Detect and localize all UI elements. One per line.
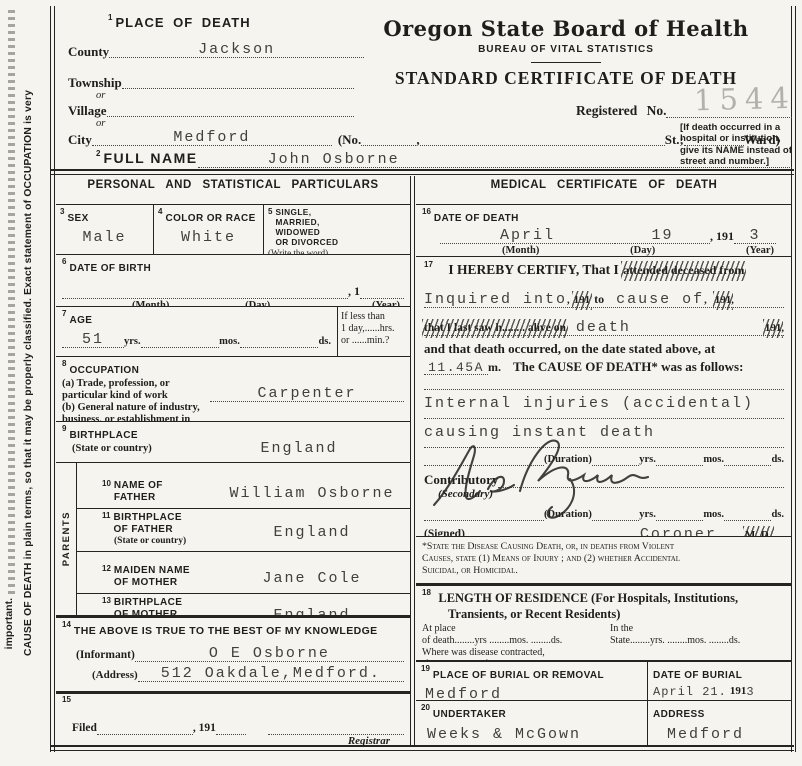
dod-year-field: 3: [734, 228, 776, 244]
marital-label: SINGLE, MARRIED, WIDOWED OR DIVORCED: [275, 208, 338, 248]
father-name-label: NAME OF FATHER: [114, 480, 163, 504]
dod-month-field: April: [440, 228, 615, 244]
informant-address-label: (Address): [92, 669, 138, 682]
city-value: Medford: [173, 130, 250, 145]
age-ds-field: [240, 347, 319, 348]
margin-note-cutoff-texture: [8, 6, 15, 594]
parents-tab: PARENTS: [56, 463, 77, 615]
signed-line: (Signed) Coroner M. D.: [424, 527, 784, 537]
informant-value: O E Osborne: [209, 646, 330, 661]
margin-note-end: important.: [3, 598, 15, 649]
dob-label: DATE OF BIRTH: [69, 263, 151, 274]
county-row: County Jackson: [68, 42, 364, 58]
burial-date-label: DATE OF BURIAL: [653, 670, 742, 681]
org-title: Oregon State Board of Health: [356, 16, 776, 41]
hospital-note: [If death occurred in a hospital or inst…: [680, 122, 792, 167]
race-label: COLOR OR RACE: [165, 213, 255, 224]
parents-label: PARENTS: [61, 511, 72, 566]
dod-day-caption: (Day): [630, 245, 655, 257]
signed-role-value: Coroner: [640, 527, 717, 537]
full-name-value: John Osborne: [268, 152, 400, 167]
marital-hint: (Write the word): [268, 248, 406, 255]
sex-race-marital-row: 3SEX Male 4COLOR OR RACE White 5SINGLE, …: [56, 205, 410, 255]
age-ds-label: ds.: [318, 336, 331, 348]
dob-year-field: [360, 298, 404, 299]
medical-certificate-column: MEDICAL CERTIFICATE OF DEATH 16DATE OF D…: [416, 176, 792, 745]
registrar-caption: Registrar: [62, 735, 404, 748]
informant-title: THE ABOVE IS TRUE TO THE BEST OF MY KNOW…: [74, 625, 378, 637]
sex-value: Male: [82, 230, 126, 245]
village-row: Village: [68, 104, 354, 117]
duration-label-1: (Duration): [544, 454, 592, 466]
full-name-label: FULL NAME: [103, 150, 197, 166]
undertaker-value: Weeks & McGown: [427, 726, 581, 743]
parents-group: PARENTS 10NAME OF FATHER William Osborne…: [56, 463, 410, 618]
certification-section: 17 I HEREBY CERTIFY, That I attended dec…: [416, 257, 792, 537]
certify-struck-year-3: 191: [765, 322, 782, 335]
certify-struck-attended: attended deceased from: [623, 264, 744, 278]
filed-label: Filed: [72, 722, 97, 735]
father-birthplace-row: 11BIRTHPLACE OF FATHER (State or country…: [76, 509, 410, 552]
certify-line-4: and that death occurred, on the date sta…: [424, 342, 784, 357]
house-number-field: [361, 145, 416, 146]
burial-year-value: 3: [746, 686, 754, 698]
undertaker-address-cell: ADDRESS Medford: [648, 701, 792, 745]
street-field: [420, 145, 665, 146]
sex-cell: 3SEX Male: [56, 205, 154, 254]
sex-label: SEX: [67, 213, 88, 224]
dob-day-caption: (Day): [245, 300, 270, 307]
undertaker-address-value: Medford: [667, 726, 744, 743]
duration-line-2: (Duration) yrs. mos. ds.: [424, 509, 784, 521]
date-of-birth-section: 6DATE OF BIRTH , 1 (Month) (Day) (Year): [56, 255, 410, 307]
birthplace-label: BIRTHPLACE: [69, 430, 137, 441]
certify-struck-year-1: 191: [574, 294, 591, 307]
mother-birthplace-value: England: [273, 607, 350, 618]
burial-place-label: PLACE OF BURIAL OR REMOVAL: [433, 670, 604, 681]
city-row: City Medford (No. , St.; Ward): [68, 130, 780, 146]
certify-time-line: 11.45A m. The CAUSE OF DEATH* was as fol…: [424, 360, 784, 375]
dob-year-caption: (Year): [372, 300, 400, 307]
certify-line-2: Inquired into , 191 to cause of , 191 ,: [424, 285, 784, 308]
age-label: AGE: [69, 315, 92, 326]
certify-struck-year-2: 191: [715, 294, 732, 307]
place-of-death-heading: 1PLACE OF DEATH: [108, 14, 251, 32]
township-label: Township: [68, 76, 122, 89]
undertaker-cell: 20UNDERTAKER Weeks & McGown: [416, 701, 648, 745]
occupation-section: 8OCCUPATION (a) Trade, profession, or pa…: [56, 357, 410, 422]
cause-line-2: causing instant death: [424, 419, 784, 448]
certify-typed-cause-of: cause of: [616, 292, 704, 307]
occupation-a-value: Carpenter: [257, 386, 356, 401]
informant-address-value: 512 Oakdale,Medford.: [161, 666, 381, 681]
father-birthplace-sub: (State or country): [102, 536, 220, 547]
certify-intro: I HEREBY CERTIFY, That I: [448, 262, 618, 277]
age-mos-label: mos.: [219, 336, 240, 348]
undertaker-row: 20UNDERTAKER Weeks & McGown ADDRESS Medf…: [416, 701, 792, 745]
bureau-subtitle: BUREAU OF VITAL STATISTICS: [356, 44, 776, 55]
dod-label: DATE OF DEATH: [434, 213, 519, 224]
birthplace-sub: (State or country): [62, 443, 194, 455]
birthplace-section: 9BIRTHPLACE (State or country) England: [56, 422, 410, 463]
cause-line-1: Internal injuries (accidental): [424, 390, 784, 419]
city-label: City: [68, 133, 92, 146]
contributory-line: Contributory: [424, 473, 784, 488]
undertaker-address-label: ADDRESS: [653, 709, 705, 720]
certify-typed-inquired: Inquired into: [424, 292, 567, 307]
occupation-b-label: (b) General nature of industry, business…: [62, 402, 237, 422]
age-yrs-label: yrs.: [124, 336, 141, 348]
occupation-label: OCCUPATION: [69, 365, 139, 376]
margin-note-outer: important.: [1, 0, 19, 766]
father-birthplace-value: England: [273, 524, 350, 541]
occupation-a-label: (a) Trade, profession, or particular kin…: [62, 378, 210, 402]
cause-blank-line: [424, 375, 784, 390]
burial-date-cell: DATE OF BURIAL April 21. 191 3: [648, 662, 792, 700]
dob-month-caption: (Month): [132, 300, 169, 307]
residence-title-1: LENGTH OF RESIDENCE (For Hospitals, Inst…: [438, 591, 738, 605]
duration-line-1: (Duration) yrs. mos. ds.: [424, 454, 784, 466]
filed-year-prefix: , 191: [193, 722, 216, 735]
contributory-label: Contributory: [424, 473, 498, 488]
mother-name-row: 12MAIDEN NAME OF MOTHER Jane Cole: [76, 552, 410, 594]
no-label: (No.: [338, 133, 361, 146]
date-of-death-section: 16DATE OF DEATH April 19 , 191 3 (Month)…: [416, 205, 792, 257]
age-mos-field: [141, 347, 220, 348]
certificate-form: 1PLACE OF DEATH County Jackson Township …: [50, 0, 795, 766]
county-field: Jackson: [109, 42, 364, 58]
margin-note: CAUSE OF DEATH in plain terms, so that i…: [23, 42, 34, 656]
certify-to: to: [594, 293, 604, 307]
county-label: County: [68, 45, 109, 58]
signed-label: (Signed): [424, 528, 465, 537]
full-name-heading: 2FULL NAME: [96, 150, 198, 168]
time-value: 11.45A: [428, 361, 484, 374]
mother-name-value: Jane Cole: [262, 570, 361, 587]
filed-date-field: [97, 734, 193, 735]
dob-field: [62, 298, 348, 299]
filed-year-field: [216, 734, 246, 735]
filed-section: 15 Filed , 191 Registrar: [56, 694, 410, 745]
certify-line-3: that I last saw h........ alive on death…: [424, 312, 784, 336]
village-label: Village: [68, 104, 107, 117]
left-column-title: PERSONAL AND STATISTICAL PARTICULARS: [56, 176, 410, 205]
mother-birthplace-label: BIRTHPLACE OF MOTHER: [114, 597, 182, 618]
undertaker-label: UNDERTAKER: [433, 709, 506, 720]
city-field: Medford: [92, 130, 332, 146]
marital-cell: 5SINGLE, MARRIED, WIDOWED OR DIVORCED (W…: [264, 205, 410, 254]
age-value: 51: [82, 332, 104, 347]
race-cell: 4COLOR OR RACE White: [154, 205, 264, 254]
certify-typed-death: death: [576, 320, 631, 335]
dod-year-caption: (Year): [746, 245, 774, 257]
residence-contracted-1: Where was disease contracted,: [422, 647, 545, 659]
time-m-label: m.: [488, 361, 501, 375]
burial-date-value: April 21.: [653, 686, 727, 698]
informant-address-field: 512 Oakdale,Medford.: [138, 666, 404, 682]
residence-in-state: In the State........yrs. ........mos. ..…: [610, 623, 740, 647]
cause-footnote: *State the Disease Causing Death, or, in…: [416, 537, 792, 586]
or-label-2: or: [96, 118, 105, 129]
age-section: 7AGE 51 yrs. mos. ds. If less than 1 day…: [56, 307, 410, 357]
mother-name-label: MAIDEN NAME OF MOTHER: [114, 565, 190, 589]
residence-title-2: Transients, or Recent Residents): [422, 607, 786, 621]
age-main-cell: 7AGE 51 yrs. mos. ds.: [56, 307, 337, 356]
place-of-death-title: PLACE OF DEATH: [115, 15, 250, 30]
county-value: Jackson: [198, 42, 275, 57]
burial-year-prefix: 191: [730, 685, 747, 698]
father-birthplace-label: BIRTHPLACE OF FATHER: [113, 512, 181, 536]
dod-year-value: 3: [749, 228, 760, 243]
contributory-field: [498, 487, 784, 488]
burial-place-cell: 19PLACE OF BURIAL OR REMOVAL Medford: [416, 662, 648, 700]
header-mini-rule: [531, 62, 601, 63]
footnote-line-1: *State the Disease Causing Death, or, in…: [422, 541, 786, 553]
birthplace-value: England: [260, 441, 337, 456]
informant-label: (Informant): [76, 649, 135, 662]
township-field: [122, 88, 354, 89]
secondary-label: (Secondary): [424, 488, 784, 501]
township-row: Township: [68, 76, 354, 89]
burial-row: 19PLACE OF BURIAL OR REMOVAL Medford DAT…: [416, 662, 792, 701]
dod-month-value: April: [500, 228, 555, 243]
village-field: [107, 116, 354, 117]
race-value: White: [181, 230, 236, 245]
dod-month-caption: (Month): [502, 245, 539, 257]
death-certificate-scan: { "colors": { "paper":"#f6f4ef", "ink":"…: [0, 0, 802, 766]
occupation-a-field: Carpenter: [210, 386, 404, 402]
personal-particulars-column: PERSONAL AND STATISTICAL PARTICULARS 3SE…: [56, 176, 410, 745]
md-struck-label: M. D.: [745, 529, 772, 537]
cause-value-1: Internal injuries (accidental): [424, 395, 754, 412]
or-label-1: or: [96, 90, 105, 101]
burial-place-value: Medford: [425, 686, 502, 701]
residence-at-place: At place of death........yrs ........mos…: [422, 623, 610, 647]
age-less-than-note: If less than 1 day,......hrs. or ......m…: [337, 307, 410, 356]
time-field: 11.45A: [424, 361, 488, 375]
registered-no-label: Registered No.: [576, 104, 666, 118]
form-header: 1PLACE OF DEATH County Jackson Township …: [56, 6, 794, 172]
dod-day-field: 19: [615, 228, 710, 244]
footnote-line-3: Suicidal, or Homicidal.: [422, 565, 786, 577]
registered-no-field: [666, 117, 792, 118]
father-name-row: 10NAME OF FATHER William Osborne: [76, 463, 410, 509]
cause-value-2: causing instant death: [424, 424, 655, 441]
cause-intro: The CAUSE OF DEATH* was as follows:: [513, 360, 743, 375]
duration-label-2: (Duration): [544, 509, 592, 521]
footnote-line-2: Causes, state (1) Means of Injury ; and …: [422, 553, 786, 565]
certify-line-1: 17 I HEREBY CERTIFY, That I attended dec…: [424, 261, 784, 279]
informant-section: 14THE ABOVE IS TRUE TO THE BEST OF MY KN…: [56, 618, 410, 694]
certify-struck-last-saw: that I last saw h........ alive on: [424, 322, 566, 335]
dod-year-prefix: , 191: [710, 230, 734, 244]
registered-no-row: Registered No.: [576, 104, 792, 118]
right-column-title: MEDICAL CERTIFICATE OF DEATH: [416, 176, 792, 205]
father-name-value: William Osborne: [229, 485, 394, 502]
dod-day-value: 19: [651, 228, 673, 243]
age-yrs-field: 51: [62, 332, 124, 348]
mother-birthplace-row: 13BIRTHPLACE OF MOTHER (State or country…: [76, 594, 410, 618]
residence-section: 18 LENGTH OF RESIDENCE (For Hospitals, I…: [416, 586, 792, 662]
dob-year-prefix: , 1: [348, 285, 360, 299]
informant-field: O E Osborne: [135, 646, 404, 662]
